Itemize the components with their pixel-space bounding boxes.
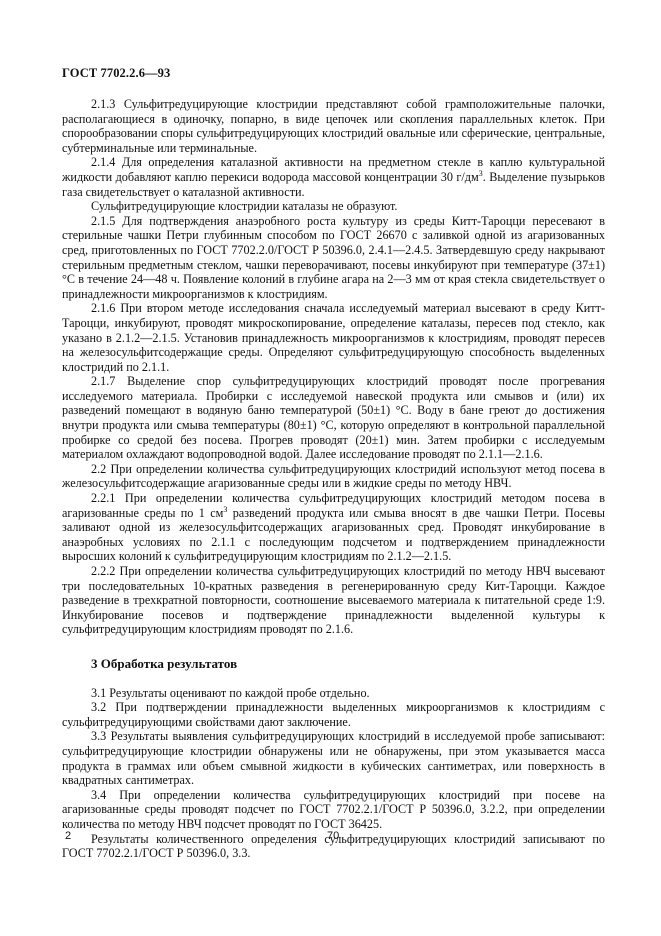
paragraph-2-2-1: 2.2.1 При определении количества сульфит… [62,491,605,564]
paragraph-2-1-7: 2.1.7 Выделение спор сульфитредуцирующих… [62,374,605,462]
section-title: 3 Обработка результатов [91,657,605,672]
page-number-local: 2 [65,830,71,842]
paragraph-2-1-3: 2.1.3 Сульфитредуцирующие клостридии пре… [62,97,605,155]
paragraph-2-1-5: 2.1.5 Для подтверждения анаэробного рост… [62,214,605,302]
paragraph-3-3: 3.3 Результаты выявления сульфитредуциру… [62,729,605,787]
document-body: 2.1.3 Сульфитредуцирующие клостридии пре… [62,97,605,861]
paragraph-2-1-4-note: Сульфитредуцирующие клостридии каталазы … [62,199,605,214]
paragraph-3-1: 3.1 Результаты оценивают по каждой пробе… [62,686,605,701]
paragraph-3-4: 3.4 При определении количества сульфитре… [62,788,605,832]
paragraph-2-1-4: 2.1.4 Для определения каталазной активно… [62,155,605,199]
page-number-global: 70 [327,830,339,842]
document-header: ГОСТ 7702.2.6—93 [62,66,170,81]
paragraph-2-1-6: 2.1.6 При втором методе исследования сна… [62,301,605,374]
paragraph-2-2-2: 2.2.2 При определении количества сульфит… [62,564,605,637]
paragraph-2-2: 2.2 При определении количества сульфитре… [62,462,605,491]
paragraph-3-2: 3.2 При подтверждении принадлежности выд… [62,700,605,729]
